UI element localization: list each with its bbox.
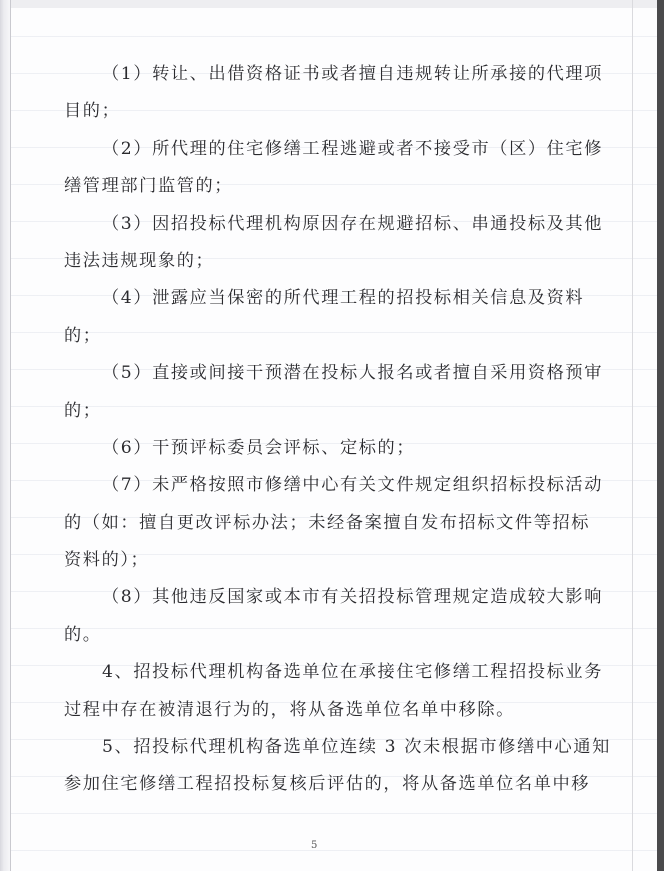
- right-margin-rule: [632, 0, 633, 871]
- text-line-item-1-start: （1）转让、出借资格证书或者擅自违规转让所承接的代理项: [64, 56, 558, 93]
- text-line-item-1-end: 目的；: [64, 93, 558, 130]
- page-number: 5: [311, 840, 317, 851]
- left-margin-rule: [10, 0, 11, 871]
- text-line-item-4-start: （4）泄露应当保密的所代理工程的招投标相关信息及资料: [64, 280, 558, 317]
- text-line-item-2-start: （2）所代理的住宅修缮工程逃避或者不接受市（区）住宅修: [64, 131, 558, 168]
- text-line-clause-4-start: 4、招投标代理机构备选单位在承接住宅修缮工程招投标业务: [64, 654, 558, 691]
- text-line-item-5-start: （5）直接或间接干预潜在投标人报名或者擅自采用资格预审: [64, 355, 558, 392]
- text-line-clause-4-end: 过程中存在被清退行为的，将从备选单位名单中移除。: [64, 692, 558, 729]
- text-line-item-3-start: （3）因招投标代理机构原因存在规避招标、串通投标及其他: [64, 206, 558, 243]
- text-line-item-3-end: 违法违规现象的；: [64, 243, 558, 280]
- text-line-item-4-end: 的；: [64, 318, 558, 355]
- scan-top-band: [0, 0, 657, 8]
- text-line-item-2-end: 缮管理部门监管的；: [64, 168, 558, 205]
- body-text: （1）转让、出借资格证书或者擅自违规转让所承接的代理项 目的； （2）所代理的住…: [64, 56, 558, 804]
- text-line-clause-5-start: 5、招投标代理机构备选单位连续 3 次未根据市修缮中心通知: [64, 729, 558, 766]
- document-page: （1）转让、出借资格证书或者擅自违规转让所承接的代理项 目的； （2）所代理的住…: [0, 0, 657, 871]
- text-line-item-7-start: （7）未严格按照市修缮中心有关文件规定组织招标投标活动: [64, 467, 558, 504]
- text-line-clause-5-continued: 参加住宅修缮工程招投标复核后评估的，将从备选单位名单中移: [64, 766, 558, 803]
- text-line-item-6: （6）干预评标委员会评标、定标的；: [64, 430, 558, 467]
- text-line-item-7-end: 资料的）；: [64, 542, 558, 579]
- text-line-item-8-start: （8）其他违反国家或本市有关招投标管理规定造成较大影响: [64, 579, 558, 616]
- text-line-item-7-middle: 的（如：擅自更改评标办法；未经备案擅自发布招标文件等招标: [64, 505, 558, 542]
- text-line-item-8-end: 的。: [64, 617, 558, 654]
- text-line-item-5-end: 的；: [64, 393, 558, 430]
- scanner-edge-shadow: [657, 0, 664, 871]
- scan-left-edge: [0, 0, 10, 871]
